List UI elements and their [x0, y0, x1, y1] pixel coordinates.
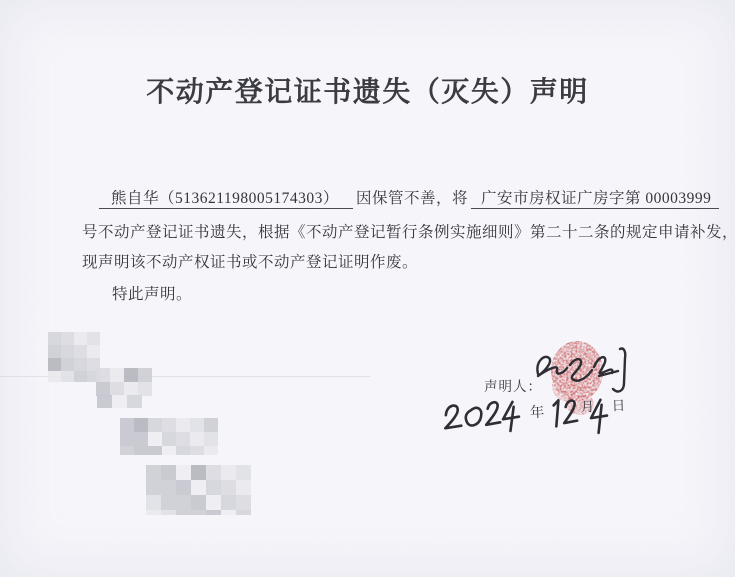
year-digits: [444, 401, 519, 433]
day-label: 日: [611, 398, 625, 413]
scanned-document-page: 不动产登记证书遗失（灭失）声明 熊自华（513621198005174303）因…: [0, 0, 735, 577]
redacted-region: [120, 418, 230, 455]
document-title: 不动产登记证书遗失（灭失）声明: [0, 70, 735, 110]
body-line-3: 现声明该不动产权证书或不动产登记证明作废。: [82, 250, 418, 272]
month-digits: [553, 400, 577, 427]
body-line-1: 熊自华（513621198005174303）因保管不善，将广安市房权证广房字第…: [99, 186, 719, 208]
body-line-2: 号不动产登记证书遗失，根据《不动产登记暂行条例实施细则》第二十二条的规定申请补发…: [82, 220, 735, 242]
redacted-region: [146, 465, 254, 515]
handwritten-date: 年 月 日: [437, 387, 639, 448]
declarant-name-and-id: 熊自华（513621198005174303）: [99, 190, 353, 209]
month-label: 月: [580, 399, 594, 414]
redacted-region: [97, 395, 142, 408]
closing-statement: 特此声明。: [112, 282, 192, 304]
year-label: 年: [530, 403, 545, 421]
body-middle-text: 因保管不善，将: [353, 190, 471, 207]
certificate-number: 广安市房权证广房字第 00003999: [471, 190, 719, 209]
redacted-region: [96, 368, 164, 396]
